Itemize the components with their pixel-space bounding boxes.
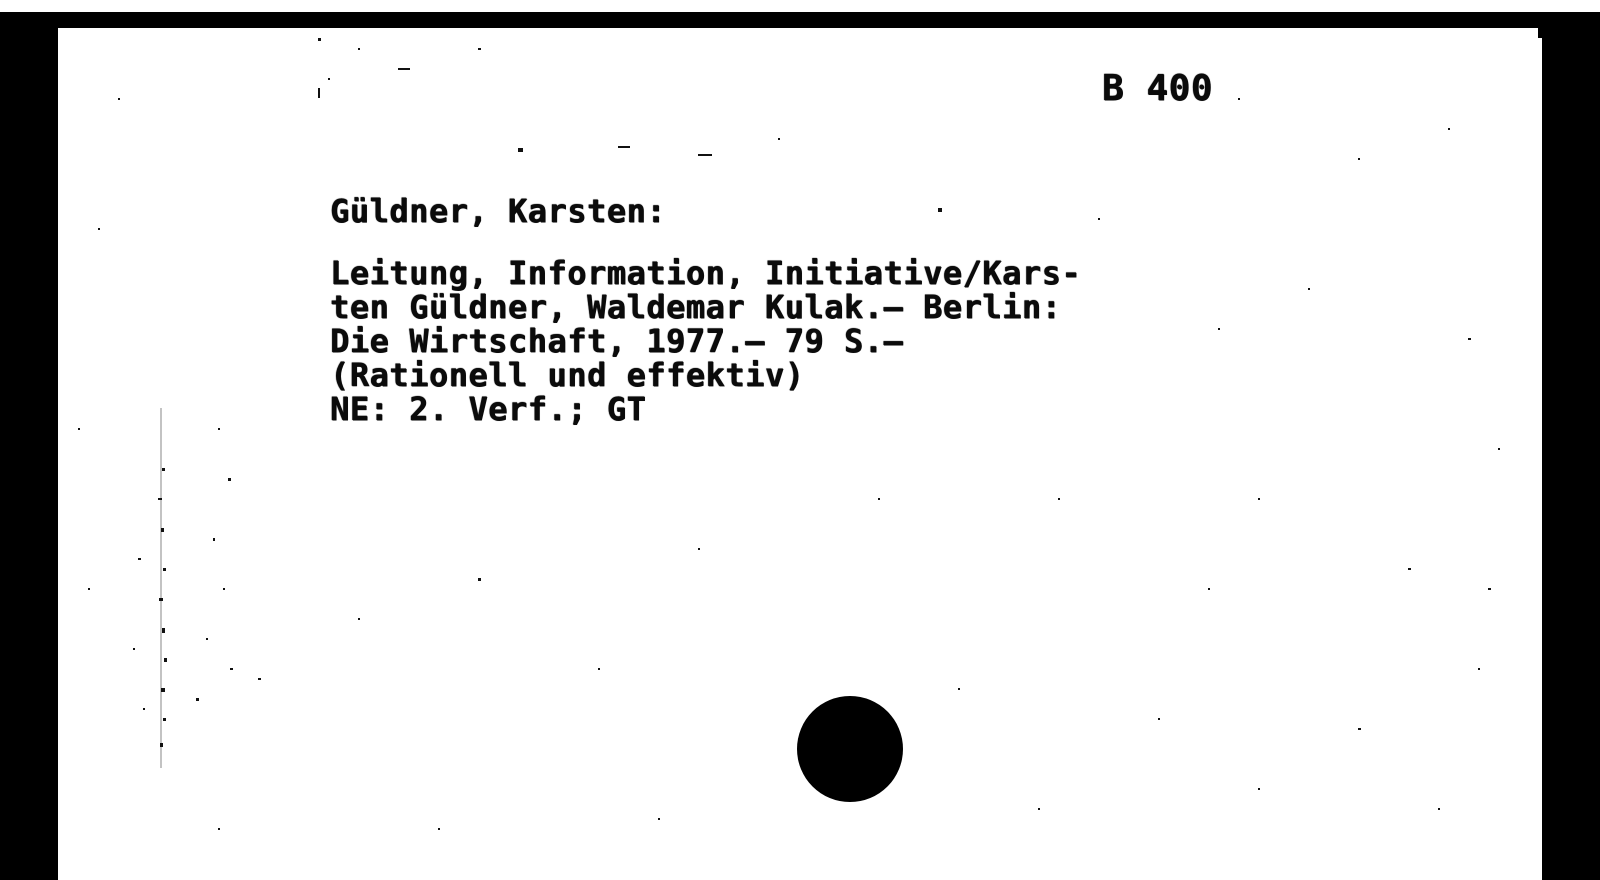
shelfmark: B 400 (1102, 68, 1213, 109)
author-heading: Güldner, Karsten: (330, 192, 666, 230)
series-line: (Rationell und effektiv) (330, 358, 804, 392)
scan-top-margin (0, 0, 1600, 12)
catalog-card: B 400 Güldner, Karsten: Leitung, Informa… (58, 28, 1542, 880)
added-entries-line: NE: 2. Verf.; GT (330, 392, 646, 426)
title-line-2: ten Güldner, Waldemar Kulak.— Berlin: (330, 290, 1061, 324)
publication-line: Die Wirtschaft, 1977.— 79 S.— (330, 324, 903, 358)
title-line-1: Leitung, Information, Initiative/Kars- (330, 256, 1081, 290)
punch-hole-icon (797, 696, 903, 802)
scan-noise (118, 408, 258, 768)
